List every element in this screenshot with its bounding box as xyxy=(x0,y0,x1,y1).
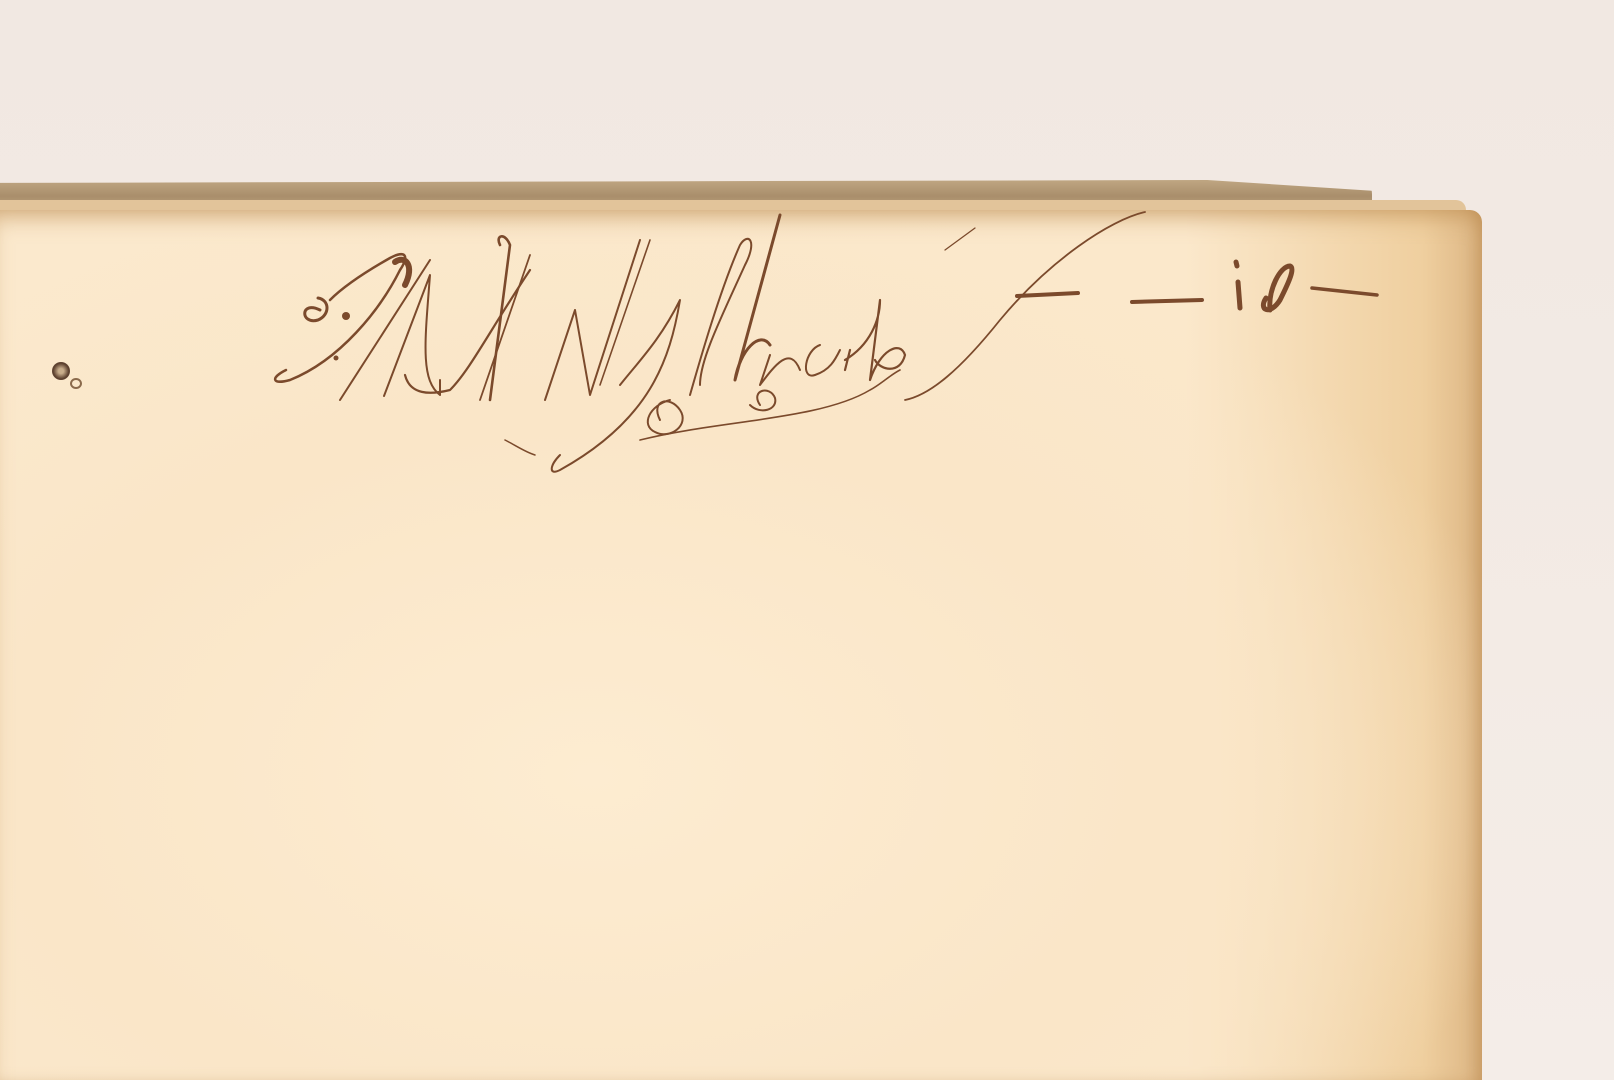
handwritten-signature xyxy=(0,0,1614,1080)
